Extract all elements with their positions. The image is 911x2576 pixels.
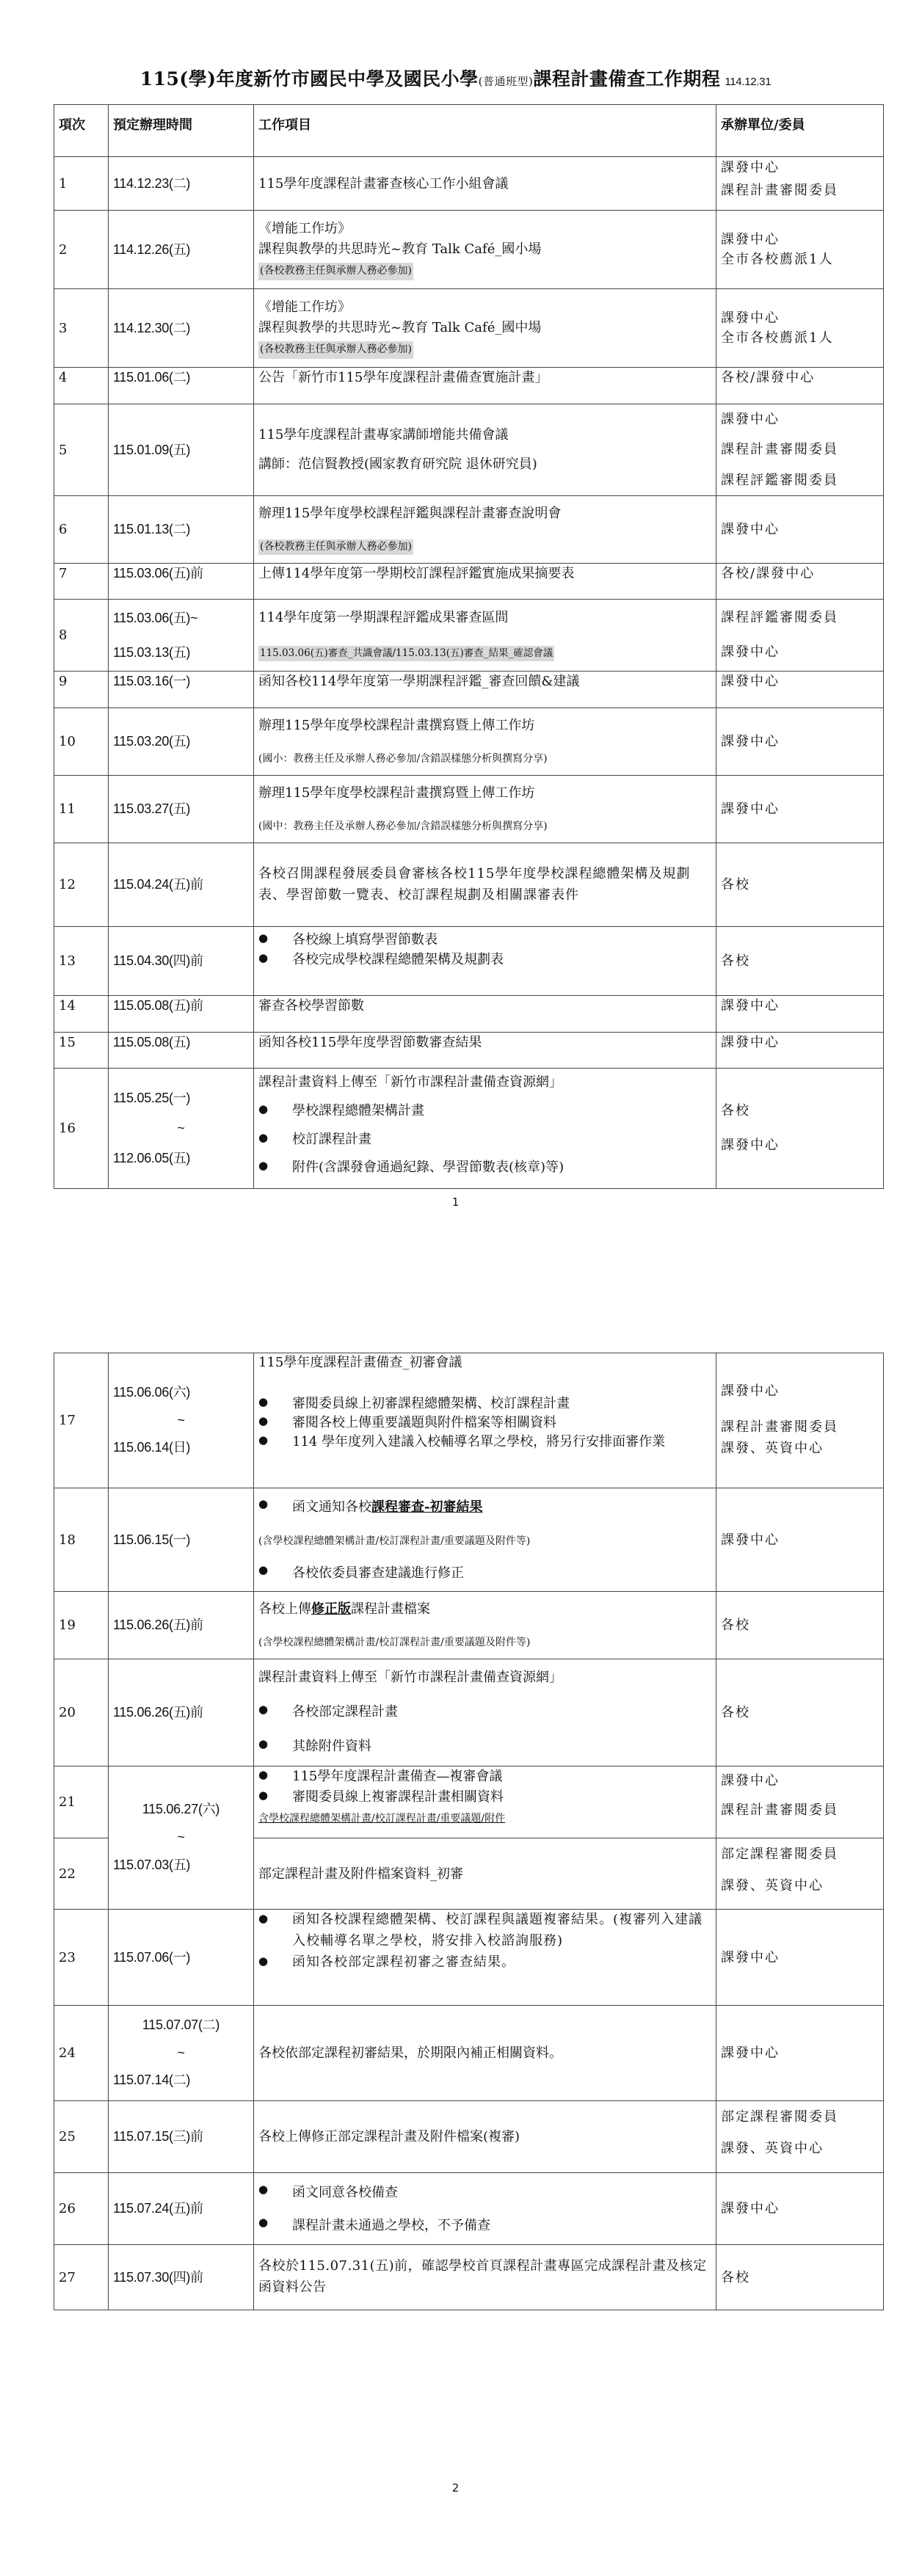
row-unit: 課發中心 課程計畫審閱委員 課發、英資中心	[716, 1353, 884, 1488]
row-date: 115.06.26(五)前	[109, 1592, 254, 1659]
row-task: 函文通知各校課程審查-初審結果 (含學校課程總體架構計畫/校訂課程計畫/重要議題…	[254, 1488, 716, 1592]
row-unit: 課發中心	[716, 1488, 884, 1592]
unit-line: 課發中心	[721, 732, 879, 752]
bullet-item: 函知各校部定課程初審之審查結果。	[258, 1952, 711, 1973]
row-date: 115.04.24(五)前	[109, 843, 254, 927]
task-note: (含學校課程總體架構計畫/校訂課程計畫/重要議題及附件等)	[258, 1631, 530, 1656]
row-date: 115.06.15(一)	[109, 1488, 254, 1592]
row-no: 24	[54, 2006, 109, 2101]
row-no: 8	[54, 600, 109, 672]
unit-line: 課發中心	[721, 2199, 879, 2219]
table-row: 14 115.05.08(五)前 審查各校學習節數 課發中心	[54, 996, 884, 1033]
row-unit: 各校	[716, 1659, 884, 1767]
unit-line: 課程計畫審閱委員	[721, 1417, 879, 1438]
date-start: 115.03.06(五)~	[113, 601, 249, 636]
row-task: 課程計畫資料上傳至「新竹市課程計畫備查資源網」 各校部定課程計畫 其餘附件資料	[254, 1659, 716, 1767]
row-unit: 課發中心	[716, 496, 884, 564]
table-row: 21 115.06.27(六) ~ 115.07.03(五) 115學年度課程計…	[54, 1767, 884, 1838]
row-unit: 課發中心 全市各校薦派1人	[716, 289, 884, 368]
row-no: 23	[54, 1910, 109, 2006]
task-text: 辦理115學年度學校課程評鑑與課程計畫審查說明會	[258, 498, 711, 529]
schedule-table-page-1: 項次 預定辦理時間 工作項目 承辦單位/委員 1 114.12.23(二) 11…	[54, 104, 884, 1189]
table-row: 23 115.07.06(一) 函知各校課程總體架構、校訂課程與議題複審結果。(…	[54, 1910, 884, 2006]
row-task: 函知各校114學年度第一學期課程評鑑_審查回饋&建議	[254, 672, 716, 708]
task-note: (國小：教務主任及承辦人務必參加/含錯誤樣態分析與撰寫分享)	[258, 747, 548, 772]
row-unit: 部定課程審閱委員 課發、英資中心	[716, 1838, 884, 1910]
row-date: 115.07.06(一)	[109, 1910, 254, 2006]
task-text: 課程計畫資料上傳至「新竹市課程計畫備查資源網」	[258, 1069, 711, 1097]
emphasis-text: 修正版	[311, 1601, 351, 1617]
bullet-item: 各校完成學校課程總體架構及規劃表	[258, 950, 711, 969]
row-unit: 課發中心	[716, 1033, 884, 1069]
table-row: 12 115.04.24(五)前 各校召開課程發展委員會審核各校115學年度學校…	[54, 843, 884, 927]
unit-line: 各校	[721, 1615, 879, 1635]
row-no: 25	[54, 2101, 109, 2173]
row-no: 14	[54, 996, 109, 1033]
row-task: 各校上傳修正部定課程計畫及附件檔案(複審)	[254, 2101, 716, 2173]
page-number: 1	[0, 1196, 911, 1209]
table-row: 5 115.01.09(五) 115學年度課程計畫專家講師增能共備會議 講師：范…	[54, 404, 884, 496]
date-end: 115.07.14(二)	[113, 2067, 249, 2095]
row-unit: 課發中心 課程計畫審閱委員	[716, 1767, 884, 1838]
row-task: 公告「新竹市115學年度課程計畫備查實施計畫」	[254, 368, 716, 404]
unit-line: 課發中心	[721, 1129, 879, 1163]
table-row: 3 114.12.30(二) 《增能工作坊》 課程與教學的共思時光~教育 Tal…	[54, 289, 884, 368]
header-item-no: 項次	[54, 105, 109, 157]
task-text: 115學年度課程計畫專家講師增能共備會議	[258, 421, 711, 450]
unit-line: 課程計畫審閱委員	[721, 180, 879, 203]
row-unit: 各校	[716, 2245, 884, 2310]
date-end: 112.06.05(五)	[113, 1143, 249, 1174]
row-task: 《增能工作坊》 課程與教學的共思時光~教育 Talk Café_國小場 (各校教…	[254, 211, 716, 289]
row-task: 函知各校115學年度學習節數審查結果	[254, 1033, 716, 1069]
row-no: 16	[54, 1069, 109, 1189]
row-task: 各校線上填寫學習節數表 各校完成學校課程總體架構及規劃表	[254, 927, 716, 996]
date-end: 115.03.13(五)	[113, 636, 249, 670]
row-task: 辦理115學年度學校課程計畫撰寫暨上傳工作坊 (國中：教務主任及承辦人務必參加/…	[254, 776, 716, 843]
unit-line: 課發中心	[721, 157, 879, 180]
row-date: 114.12.26(五)	[109, 211, 254, 289]
task-note: 115.03.06(五)審查_共識會議/115.03.13(五)審查_結果_確認…	[258, 646, 554, 661]
task-text: 課程與教學的共思時光~教育 Talk Café_國小場	[258, 239, 711, 260]
unit-line: 課發中心	[721, 404, 879, 434]
bullet-list: 函文同意各校備查 課程計畫未通過之學校，不予備查	[258, 2176, 711, 2242]
row-task: 函知各校課程總體架構、校訂課程與議題複審結果。(複審列入建議入校輔導名單之學校，…	[254, 1910, 716, 2006]
unit-line: 課發中心	[721, 2043, 879, 2063]
bullet-item: 附件(含課發會通過紀錄、學習節數表(核章)等)	[258, 1154, 711, 1182]
unit-line: 課發中心	[721, 672, 879, 691]
row-unit: 課發中心 課程計畫審閱委員	[716, 157, 884, 211]
unit-line: 課發中心	[721, 520, 879, 539]
table-row: 26 115.07.24(五)前 函文同意各校備查 課程計畫未通過之學校，不予備…	[54, 2173, 884, 2245]
table-row: 8 115.03.06(五)~ 115.03.13(五) 114學年度第一學期課…	[54, 600, 884, 672]
row-task: 各校上傳修正版課程計畫檔案 (含學校課程總體架構計畫/校訂課程計畫/重要議題及附…	[254, 1592, 716, 1659]
row-no: 1	[54, 157, 109, 211]
bullet-list: 學校課程總體架構計畫 校訂課程計畫 附件(含課發會通過紀錄、學習節數表(核章)等…	[258, 1097, 711, 1182]
unit-line: 各校/課發中心	[721, 368, 879, 388]
row-date: 115.06.06(六) ~ 115.06.14(日)	[109, 1353, 254, 1488]
row-task: 函文同意各校備查 課程計畫未通過之學校，不予備查	[254, 2173, 716, 2245]
table-row: 7 115.03.06(五)前 上傳114學年度第一學期校訂課程評鑑實施成果摘要…	[54, 564, 884, 600]
task-title: 《增能工作坊》	[258, 219, 711, 239]
date-start: 115.06.27(六)	[113, 1796, 249, 1824]
row-date: 115.05.08(五)前	[109, 996, 254, 1033]
row-task: 辦理115學年度學校課程計畫撰寫暨上傳工作坊 (國小：教務主任及承辦人務必參加/…	[254, 708, 716, 776]
row-no: 13	[54, 927, 109, 996]
task-text: 115學年度課程計畫備查_初審會議	[258, 1353, 711, 1372]
task-text: 課程計畫資料上傳至「新竹市課程計畫備查資源網」	[258, 1661, 711, 1695]
row-unit: 課發中心	[716, 708, 884, 776]
row-task: 上傳114學年度第一學期校訂課程評鑑實施成果摘要表	[254, 564, 716, 600]
unit-line: 課發中心	[721, 1530, 879, 1550]
date-end: 115.06.14(日)	[113, 1434, 249, 1462]
table-row: 15 115.05.08(五) 函知各校115學年度學習節數審查結果 課發中心	[54, 1033, 884, 1069]
row-date: 115.06.27(六) ~ 115.07.03(五)	[109, 1767, 254, 1910]
task-text: 課程與教學的共思時光~教育 Talk Café_國中場	[258, 318, 711, 338]
row-task: 115學年度課程計畫專家講師增能共備會議 講師：范信賢教授(國家教育研究院 退休…	[254, 404, 716, 496]
unit-line: 各校	[721, 1703, 879, 1722]
unit-line: 各校	[721, 875, 879, 895]
date-range-separator: ~	[113, 1113, 249, 1143]
unit-line: 課發中心	[721, 230, 879, 250]
row-no: 10	[54, 708, 109, 776]
task-text: 辦理115學年度學校課程計畫撰寫暨上傳工作坊	[258, 777, 711, 809]
bullet-item: 函文通知各校課程審查-初審結果	[258, 1491, 711, 1524]
row-unit: 課程評鑑審閱委員 課發中心	[716, 600, 884, 672]
row-unit: 課發中心	[716, 996, 884, 1033]
row-no: 12	[54, 843, 109, 927]
task-text: 114學年度第一學期課程評鑑成果審查區間	[258, 601, 711, 636]
row-no: 17	[54, 1353, 109, 1488]
unit-line: 部定課程審閱委員	[721, 2101, 879, 2133]
row-no: 3	[54, 289, 109, 368]
row-unit: 各校	[716, 927, 884, 996]
row-task: 各校於115.07.31(五)前，確認學校首頁課程計畫專區完成課程計畫及核定函資…	[254, 2245, 716, 2310]
task-note: 含學校課程總體架構計畫/校訂課程計畫/重要議題/附件	[258, 1811, 505, 1827]
unit-line: 全市各校薦派1人	[721, 328, 879, 348]
unit-line: 各校	[721, 1094, 879, 1129]
schedule-table-page-2: 17 115.06.06(六) ~ 115.06.14(日) 115學年度課程計…	[54, 1353, 884, 2310]
bullet-list: 各校線上填寫學習節數表 各校完成學校課程總體架構及規劃表	[258, 930, 711, 969]
page-number: 2	[0, 2481, 911, 2495]
bullet-item: 其餘附件資料	[258, 1730, 711, 1764]
row-date: 115.01.09(五)	[109, 404, 254, 496]
table-row: 6 115.01.13(二) 辦理115學年度學校課程評鑑與課程計畫審查說明會 …	[54, 496, 884, 564]
row-no: 19	[54, 1592, 109, 1659]
task-note: (含學校課程總體架構計畫/校訂課程計畫/重要議題及附件等)	[258, 1529, 530, 1554]
task-title: 《增能工作坊》	[258, 297, 711, 318]
unit-line: 課程評鑑審閱委員	[721, 465, 879, 495]
row-no: 11	[54, 776, 109, 843]
row-date: 115.05.25(一) ~ 112.06.05(五)	[109, 1069, 254, 1189]
table-row: 24 115.07.07(二) ~ 115.07.14(二) 各校依部定課程初審…	[54, 2006, 884, 2101]
bullet-item: 審閱各校上傳重要議題與附件檔案等相關資料	[258, 1413, 711, 1433]
row-unit: 課發中心 全市各校薦派1人	[716, 211, 884, 289]
row-task: 各校召開課程發展委員會審核各校115學年度學校課程總體架構及規劃表、學習節數一覽…	[254, 843, 716, 927]
task-speaker: 講師：范信賢教授(國家教育研究院 退休研究員)	[258, 450, 711, 479]
row-date: 115.06.26(五)前	[109, 1659, 254, 1767]
row-date: 115.03.06(五)前	[109, 564, 254, 600]
row-task: 審查各校學習節數	[254, 996, 716, 1033]
row-date: 115.03.27(五)	[109, 776, 254, 843]
row-date: 115.07.15(三)前	[109, 2101, 254, 2173]
unit-line: 課程評鑑審閱委員	[721, 601, 879, 636]
table-row: 18 115.06.15(一) 函文通知各校課程審查-初審結果 (含學校課程總體…	[54, 1488, 884, 1592]
row-unit: 各校/課發中心	[716, 564, 884, 600]
bullet-item: 校訂課程計畫	[258, 1126, 711, 1154]
row-unit: 課發中心	[716, 2006, 884, 2101]
emphasis-text: 課程審查-初審結果	[371, 1499, 482, 1515]
row-no: 18	[54, 1488, 109, 1592]
task-text-prefix: 各校上傳	[258, 1601, 311, 1617]
title-main: 115(學)年度新竹市國民中學及國民小學	[140, 68, 479, 90]
task-note: (各校教務主任與承辦人務必參加)	[258, 341, 413, 359]
table-row: 1 114.12.23(二) 115學年度課程計畫審查核心工作小組會議 課發中心…	[54, 157, 884, 211]
bullet-item: 學校課程總體架構計畫	[258, 1097, 711, 1126]
unit-line: 課發中心	[721, 1033, 879, 1052]
bullet-text: 函文通知各校	[292, 1499, 371, 1515]
bullet-item: 審閱委員線上複審課程計畫相關資料	[258, 1787, 711, 1808]
unit-line: 課程計畫審閱委員	[721, 1796, 879, 1825]
bullet-item: 115學年度課程計畫備查—複審會議	[258, 1767, 711, 1787]
row-no: 20	[54, 1659, 109, 1767]
bullet-list: 函知各校課程總體架構、校訂課程與議題複審結果。(複審列入建議入校輔導名單之學校，…	[258, 1910, 711, 1973]
row-date: 115.07.24(五)前	[109, 2173, 254, 2245]
date-start: 115.07.07(二)	[113, 2012, 249, 2040]
date-end: 115.07.03(五)	[113, 1852, 249, 1880]
title-class-type: (普通班型)	[479, 75, 534, 88]
row-no: 22	[54, 1838, 109, 1910]
table-row: 17 115.06.06(六) ~ 115.06.14(日) 115學年度課程計…	[54, 1353, 884, 1488]
row-unit: 各校 課發中心	[716, 1069, 884, 1189]
unit-line: 課發、英資中心	[721, 2133, 879, 2164]
bullet-list: 115學年度課程計畫備查—複審會議 審閱委員線上複審課程計畫相關資料	[258, 1767, 711, 1808]
row-date: 115.03.06(五)~ 115.03.13(五)	[109, 600, 254, 672]
row-task: 各校依部定課程初審結果，於期限內補正相關資料。	[254, 2006, 716, 2101]
header-date: 預定辦理時間	[109, 105, 254, 157]
table-row: 10 115.03.20(五) 辦理115學年度學校課程計畫撰寫暨上傳工作坊 (…	[54, 708, 884, 776]
row-unit: 課發中心	[716, 1910, 884, 2006]
unit-line: 課發、英資中心	[721, 1870, 879, 1902]
row-unit: 各校	[716, 843, 884, 927]
row-date: 115.03.16(一)	[109, 672, 254, 708]
unit-line: 課發中心	[721, 1767, 879, 1796]
bullet-item: 審閱委員線上初審課程總體架構、校訂課程計畫	[258, 1394, 711, 1413]
bullet-list: 審閱委員線上初審課程總體架構、校訂課程計畫 審閱各校上傳重要議題與附件檔案等相關…	[258, 1394, 711, 1452]
date-start: 115.05.25(一)	[113, 1083, 249, 1113]
row-task: 115學年度課程計畫備查—複審會議 審閱委員線上複審課程計畫相關資料 含學校課程…	[254, 1767, 716, 1838]
table-row: 11 115.03.27(五) 辦理115學年度學校課程計畫撰寫暨上傳工作坊 (…	[54, 776, 884, 843]
task-note: (各校教務主任與承辦人務必參加)	[258, 539, 413, 556]
row-date: 115.01.06(二)	[109, 368, 254, 404]
table-row: 27 115.07.30(四)前 各校於115.07.31(五)前，確認學校首頁…	[54, 2245, 884, 2310]
task-text: 各校上傳修正版課程計畫檔案	[258, 1593, 711, 1625]
document-title: 115(學)年度新竹市國民中學及國民小學(普通班型)課程計畫備查工作期程114.…	[0, 65, 911, 91]
header-task: 工作項目	[254, 105, 716, 157]
row-unit: 各校	[716, 1592, 884, 1659]
bullet-list: 函文通知各校課程審查-初審結果	[258, 1491, 711, 1524]
row-task: 部定課程計畫及附件檔案資料_初審	[254, 1838, 716, 1910]
row-task: 114學年度第一學期課程評鑑成果審查區間 115.03.06(五)審查_共識會議…	[254, 600, 716, 672]
title-date: 114.12.31	[725, 76, 771, 88]
row-no: 5	[54, 404, 109, 496]
table-row: 25 115.07.15(三)前 各校上傳修正部定課程計畫及附件檔案(複審) 部…	[54, 2101, 884, 2173]
date-range-separator: ~	[113, 1407, 249, 1435]
unit-line: 課發中心	[721, 799, 879, 819]
row-no: 4	[54, 368, 109, 404]
row-unit: 課發中心	[716, 672, 884, 708]
date-start: 115.06.06(六)	[113, 1379, 249, 1407]
row-no: 15	[54, 1033, 109, 1069]
row-date: 115.07.07(二) ~ 115.07.14(二)	[109, 2006, 254, 2101]
date-range-separator: ~	[113, 1824, 249, 1852]
row-date: 115.05.08(五)	[109, 1033, 254, 1069]
row-date: 114.12.23(二)	[109, 157, 254, 211]
row-date: 114.12.30(二)	[109, 289, 254, 368]
table-row: 2 114.12.26(五) 《增能工作坊》 課程與教學的共思時光~教育 Tal…	[54, 211, 884, 289]
row-date: 115.07.30(四)前	[109, 2245, 254, 2310]
row-unit: 課發中心	[716, 2173, 884, 2245]
unit-line: 課發中心	[721, 308, 879, 328]
row-unit: 課發中心 課程計畫審閱委員 課程評鑑審閱委員	[716, 404, 884, 496]
bullet-item: 各校依委員審查建議進行修正	[258, 1557, 711, 1590]
row-task: 《增能工作坊》 課程與教學的共思時光~教育 Talk Café_國中場 (各校教…	[254, 289, 716, 368]
row-task: 辦理115學年度學校課程評鑑與課程計畫審查說明會 (各校教務主任與承辦人務必參加…	[254, 496, 716, 564]
unit-line: 課發中心	[721, 996, 879, 1016]
unit-line: 各校/課發中心	[721, 564, 879, 583]
table-row: 19 115.06.26(五)前 各校上傳修正版課程計畫檔案 (含學校課程總體架…	[54, 1592, 884, 1659]
row-task: 115學年度課程計畫備查_初審會議 審閱委員線上初審課程總體架構、校訂課程計畫 …	[254, 1353, 716, 1488]
task-note: (國中：教務主任及承辦人務必參加/含錯誤樣態分析與撰寫分享)	[258, 815, 548, 840]
row-task: 課程計畫資料上傳至「新竹市課程計畫備查資源網」 學校課程總體架構計畫 校訂課程計…	[254, 1069, 716, 1189]
bullet-list: 各校部定課程計畫 其餘附件資料	[258, 1695, 711, 1764]
row-no: 2	[54, 211, 109, 289]
bullet-list: 各校依委員審查建議進行修正	[258, 1557, 711, 1590]
title-main-suffix: 課程計畫備查工作期程	[533, 68, 720, 90]
task-text-suffix: 課程計畫檔案	[351, 1601, 430, 1617]
row-no: 26	[54, 2173, 109, 2245]
unit-line: 課發中心	[721, 636, 879, 670]
row-unit: 課發中心	[716, 776, 884, 843]
bullet-item: 函文同意各校備查	[258, 2176, 711, 2209]
unit-line: 全市各校薦派1人	[721, 250, 879, 269]
table-row: 4 115.01.06(二) 公告「新竹市115學年度課程計畫備查實施計畫」 各…	[54, 368, 884, 404]
unit-line: 各校	[721, 2268, 879, 2288]
row-no: 6	[54, 496, 109, 564]
unit-line: 部定課程審閱委員	[721, 1838, 879, 1870]
bullet-item: 各校部定課程計畫	[258, 1695, 711, 1730]
task-note: (各校教務主任與承辦人務必參加)	[258, 263, 413, 280]
row-unit: 部定課程審閱委員 課發、英資中心	[716, 2101, 884, 2173]
unit-line: 課程計畫審閱委員	[721, 434, 879, 465]
bullet-item: 課程計畫未通過之學校，不予備查	[258, 2209, 711, 2242]
bullet-item: 114 學年度列入建議入校輔導名單之學校，將另行安排面審作業	[258, 1433, 711, 1452]
bullet-item: 各校線上填寫學習節數表	[258, 930, 711, 950]
row-no: 27	[54, 2245, 109, 2310]
table-row: 16 115.05.25(一) ~ 112.06.05(五) 課程計畫資料上傳至…	[54, 1069, 884, 1189]
unit-line: 課發、英資中心	[721, 1438, 879, 1460]
row-no: 9	[54, 672, 109, 708]
row-task: 115學年度課程計畫審查核心工作小組會議	[254, 157, 716, 211]
row-no: 21	[54, 1767, 109, 1838]
row-date: 115.01.13(二)	[109, 496, 254, 564]
unit-line: 課發中心	[721, 1381, 879, 1402]
bullet-item: 函知各校課程總體架構、校訂課程與議題複審結果。(複審列入建議入校輔導名單之學校，…	[258, 1910, 711, 1952]
table-header-row: 項次 預定辦理時間 工作項目 承辦單位/委員	[54, 105, 884, 157]
table-row: 20 115.06.26(五)前 課程計畫資料上傳至「新竹市課程計畫備查資源網」…	[54, 1659, 884, 1767]
row-date: 115.03.20(五)	[109, 708, 254, 776]
table-row: 9 115.03.16(一) 函知各校114學年度第一學期課程評鑑_審查回饋&建…	[54, 672, 884, 708]
row-no: 7	[54, 564, 109, 600]
unit-line: 各校	[721, 951, 879, 971]
table-row: 13 115.04.30(四)前 各校線上填寫學習節數表 各校完成學校課程總體架…	[54, 927, 884, 996]
row-date: 115.04.30(四)前	[109, 927, 254, 996]
date-range-separator: ~	[113, 2040, 249, 2067]
task-text: 辦理115學年度學校課程計畫撰寫暨上傳工作坊	[258, 710, 711, 741]
header-unit: 承辦單位/委員	[716, 105, 884, 157]
row-unit: 各校/課發中心	[716, 368, 884, 404]
unit-line: 課發中心	[721, 1948, 879, 1968]
